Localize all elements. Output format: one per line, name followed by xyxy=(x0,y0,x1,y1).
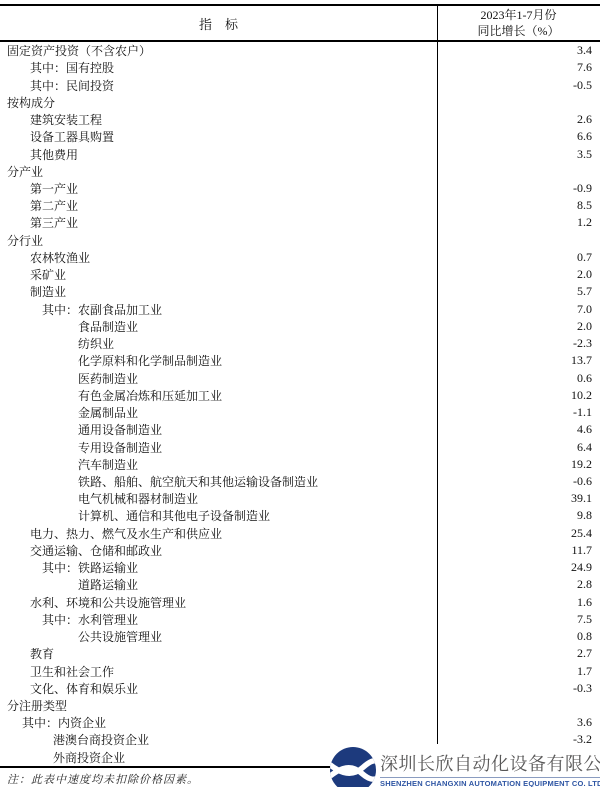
table-row: 化学原料和化学制品制造业 13.7 xyxy=(0,352,600,369)
row-value: 8.5 xyxy=(437,198,600,213)
table-row: 文化、体育和娱乐业 -0.3 xyxy=(0,680,600,697)
row-label: 其他费用 xyxy=(0,146,437,163)
table-row: 汽车制造业 19.2 xyxy=(0,456,600,473)
stats-table-page: 指 标 2023年1-7月份 同比增长（%） 固定资产投资（不含农户） 3.4 … xyxy=(0,0,600,787)
table-row: 其中：水利管理业 7.5 xyxy=(0,611,600,628)
row-value: 13.7 xyxy=(437,353,600,368)
row-label: 铁路、船舶、航空航天和其他运输设备制造业 xyxy=(0,473,437,490)
table-row: 分行业 xyxy=(0,232,600,249)
table-row: 公共设施管理业 0.8 xyxy=(0,628,600,645)
row-value: 0.6 xyxy=(437,371,600,386)
row-label: 交通运输、仓储和邮政业 xyxy=(0,542,437,559)
company-logo-icon xyxy=(330,747,376,787)
company-logo-text: 深圳长欣自动化设备有限公司 SHENZHEN CHANGXIN AUTOMATI… xyxy=(380,750,600,787)
table-row: 分注册类型 xyxy=(0,697,600,714)
table-row: 固定资产投资（不含农户） 3.4 xyxy=(0,42,600,59)
table-row: 分产业 xyxy=(0,163,600,180)
row-label: 卫生和社会工作 xyxy=(0,663,437,680)
value-header-line1: 2023年1-7月份 xyxy=(481,7,557,23)
row-label: 其中：内资企业 xyxy=(0,714,437,731)
table-row: 医药制造业 0.6 xyxy=(0,369,600,386)
row-label: 其中：国有控股 xyxy=(0,59,437,76)
row-value: 3.5 xyxy=(437,147,600,162)
table-row: 采矿业 2.0 xyxy=(0,266,600,283)
table-row: 计算机、通信和其他电子设备制造业 9.8 xyxy=(0,507,600,524)
table-row: 交通运输、仓储和邮政业 11.7 xyxy=(0,542,600,559)
row-label: 第一产业 xyxy=(0,180,437,197)
row-value: 2.0 xyxy=(437,267,600,282)
row-label: 教育 xyxy=(0,645,437,662)
table-row: 道路运输业 2.8 xyxy=(0,576,600,593)
row-value: -0.3 xyxy=(437,681,600,696)
table-row: 建筑安装工程 2.6 xyxy=(0,111,600,128)
table-row: 铁路、船舶、航空航天和其他运输设备制造业 -0.6 xyxy=(0,473,600,490)
row-label: 分注册类型 xyxy=(0,697,437,714)
row-value: 6.6 xyxy=(437,129,600,144)
row-value: 1.6 xyxy=(437,595,600,610)
row-label: 第三产业 xyxy=(0,214,437,231)
indicator-header-label: 指 标 xyxy=(199,14,238,33)
row-label: 汽车制造业 xyxy=(0,456,437,473)
table-row: 农林牧渔业 0.7 xyxy=(0,249,600,266)
table-row: 电气机械和器材制造业 39.1 xyxy=(0,490,600,507)
row-label: 其中：农副食品加工业 xyxy=(0,301,437,318)
row-label: 制造业 xyxy=(0,283,437,300)
row-value: 7.6 xyxy=(437,60,600,75)
table-row: 纺织业 -2.3 xyxy=(0,335,600,352)
table-row: 通用设备制造业 4.6 xyxy=(0,421,600,438)
row-label: 其中：铁路运输业 xyxy=(0,559,437,576)
row-label: 设备工器具购置 xyxy=(0,128,437,145)
row-label: 有色金属冶炼和压延加工业 xyxy=(0,387,437,404)
row-label: 第二产业 xyxy=(0,197,437,214)
table-row: 按构成分 xyxy=(0,94,600,111)
row-label: 公共设施管理业 xyxy=(0,628,437,645)
row-value: -1.1 xyxy=(437,405,600,420)
table-row: 电力、热力、燃气及水生产和供应业 25.4 xyxy=(0,525,600,542)
row-value: 39.1 xyxy=(437,491,600,506)
row-value: 7.0 xyxy=(437,302,600,317)
value-header-line2: 同比增长（%） xyxy=(478,23,560,39)
row-value: 1.2 xyxy=(437,215,600,230)
table-row: 专用设备制造业 6.4 xyxy=(0,438,600,455)
row-label: 食品制造业 xyxy=(0,318,437,335)
row-label: 农林牧渔业 xyxy=(0,249,437,266)
row-value: 2.0 xyxy=(437,319,600,334)
table-row: 设备工器具购置 6.6 xyxy=(0,128,600,145)
row-value: 0.8 xyxy=(437,629,600,644)
company-name-cn: 深圳长欣自动化设备有限公司 xyxy=(380,750,600,776)
table-row: 第三产业 1.2 xyxy=(0,214,600,231)
row-value: 4.6 xyxy=(437,422,600,437)
row-label: 采矿业 xyxy=(0,266,437,283)
row-label: 其中：民间投资 xyxy=(0,77,437,94)
row-label: 电气机械和器材制造业 xyxy=(0,490,437,507)
table-row: 其中：铁路运输业 24.9 xyxy=(0,559,600,576)
row-value: 0.7 xyxy=(437,250,600,265)
row-value: 2.6 xyxy=(437,112,600,127)
row-label: 分产业 xyxy=(0,163,437,180)
table-row: 卫生和社会工作 1.7 xyxy=(0,662,600,679)
row-value: -2.3 xyxy=(437,336,600,351)
table-row: 第一产业 -0.9 xyxy=(0,180,600,197)
row-label: 化学原料和化学制品制造业 xyxy=(0,352,437,369)
row-label: 按构成分 xyxy=(0,94,437,111)
table-row: 其中：民间投资 -0.5 xyxy=(0,76,600,93)
row-label: 电力、热力、燃气及水生产和供应业 xyxy=(0,525,437,542)
row-value: 2.7 xyxy=(437,646,600,661)
row-value: 3.4 xyxy=(437,43,600,58)
row-label: 建筑安装工程 xyxy=(0,111,437,128)
row-value: 9.8 xyxy=(437,508,600,523)
company-logo: 深圳长欣自动化设备有限公司 SHENZHEN CHANGXIN AUTOMATI… xyxy=(330,744,600,787)
indicator-column-header: 指 标 xyxy=(0,6,437,40)
row-label: 计算机、通信和其他电子设备制造业 xyxy=(0,507,437,524)
footnote: 注：此表中速度均未扣除价格因素。 xyxy=(7,771,199,787)
row-label: 其中：水利管理业 xyxy=(0,611,437,628)
table-row: 制造业 5.7 xyxy=(0,283,600,300)
table-row: 食品制造业 2.0 xyxy=(0,318,600,335)
table-row: 其中：农副食品加工业 7.0 xyxy=(0,301,600,318)
table-row: 其他费用 3.5 xyxy=(0,145,600,162)
row-value: -0.6 xyxy=(437,474,600,489)
row-value: 11.7 xyxy=(437,543,600,558)
company-name-en: SHENZHEN CHANGXIN AUTOMATION EQUIPMENT C… xyxy=(380,777,600,787)
row-value: 7.5 xyxy=(437,612,600,627)
row-value: 3.6 xyxy=(437,715,600,730)
table-row: 教育 2.7 xyxy=(0,645,600,662)
row-label: 分行业 xyxy=(0,232,437,249)
table-row: 水利、环境和公共设施管理业 1.6 xyxy=(0,594,600,611)
row-value: 24.9 xyxy=(437,560,600,575)
row-value: 2.8 xyxy=(437,577,600,592)
row-label: 通用设备制造业 xyxy=(0,421,437,438)
row-value: 6.4 xyxy=(437,440,600,455)
row-value: -0.9 xyxy=(437,181,600,196)
table-row: 其中：内资企业 3.6 xyxy=(0,714,600,731)
row-value: 25.4 xyxy=(437,526,600,541)
table-body: 固定资产投资（不含农户） 3.4 其中：国有控股 7.6 其中：民间投资 -0.… xyxy=(0,42,600,766)
row-label: 纺织业 xyxy=(0,335,437,352)
row-label: 文化、体育和娱乐业 xyxy=(0,680,437,697)
row-value: 10.2 xyxy=(437,388,600,403)
row-value: 5.7 xyxy=(437,284,600,299)
row-value: -0.5 xyxy=(437,78,600,93)
table-row: 金属制品业 -1.1 xyxy=(0,404,600,421)
row-label: 医药制造业 xyxy=(0,370,437,387)
table-row: 第二产业 8.5 xyxy=(0,197,600,214)
table-row: 有色金属冶炼和压延加工业 10.2 xyxy=(0,387,600,404)
row-label: 水利、环境和公共设施管理业 xyxy=(0,594,437,611)
row-value: 19.2 xyxy=(437,457,600,472)
value-column-header: 2023年1-7月份 同比增长（%） xyxy=(437,6,600,40)
row-label: 专用设备制造业 xyxy=(0,439,437,456)
row-label: 固定资产投资（不含农户） xyxy=(0,42,437,59)
row-value: 1.7 xyxy=(437,664,600,679)
row-label: 金属制品业 xyxy=(0,404,437,421)
row-label: 道路运输业 xyxy=(0,576,437,593)
table-row: 其中：国有控股 7.6 xyxy=(0,59,600,76)
